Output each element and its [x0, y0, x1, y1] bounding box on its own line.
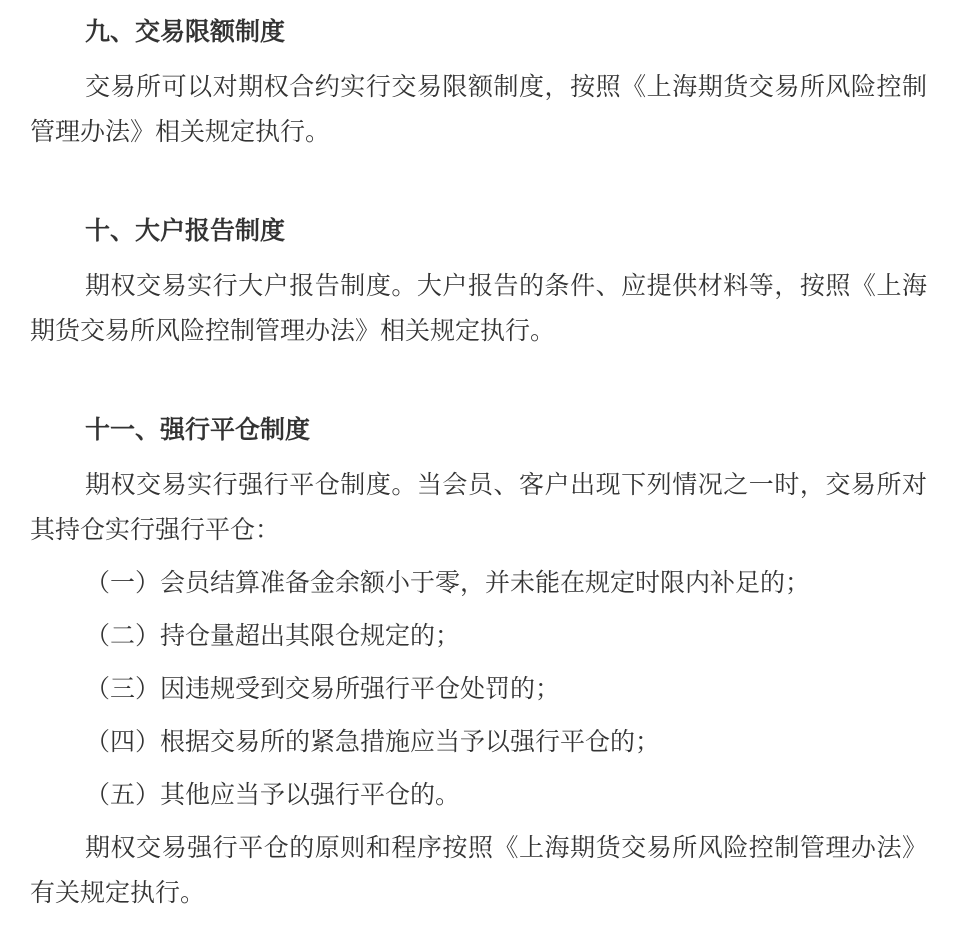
section-heading-trading-limit: 九、交易限额制度 — [30, 10, 927, 55]
document-page: 九、交易限额制度 交易所可以对期权合约实行交易限额制度，按照《上海期货交易所风险… — [0, 0, 972, 949]
list-item-4: （四）根据交易所的紧急措施应当予以强行平仓的； — [30, 720, 927, 765]
list-item-5: （五）其他应当予以强行平仓的。 — [30, 773, 927, 818]
paragraph-forced-liquidation-closing: 期权交易强行平仓的原则和程序按照《上海期货交易所风险控制管理办法》有关规定执行。 — [30, 826, 927, 916]
paragraph-forced-liquidation-intro: 期权交易实行强行平仓制度。当会员、客户出现下列情况之一时，交易所对其持仓实行强行… — [30, 463, 927, 553]
paragraph-large-position-report: 期权交易实行大户报告制度。大户报告的条件、应提供材料等，按照《上海期货交易所风险… — [30, 264, 927, 354]
paragraph-trading-limit: 交易所可以对期权合约实行交易限额制度，按照《上海期货交易所风险控制管理办法》相关… — [30, 65, 927, 155]
section-heading-large-position-report: 十、大户报告制度 — [30, 209, 927, 254]
list-item-3: （三）因违规受到交易所强行平仓处罚的； — [30, 667, 927, 712]
list-item-1: （一）会员结算准备金余额小于零，并未能在规定时限内补足的； — [30, 561, 927, 606]
section-heading-forced-liquidation: 十一、强行平仓制度 — [30, 408, 927, 453]
list-item-2: （二）持仓量超出其限仓规定的； — [30, 614, 927, 659]
